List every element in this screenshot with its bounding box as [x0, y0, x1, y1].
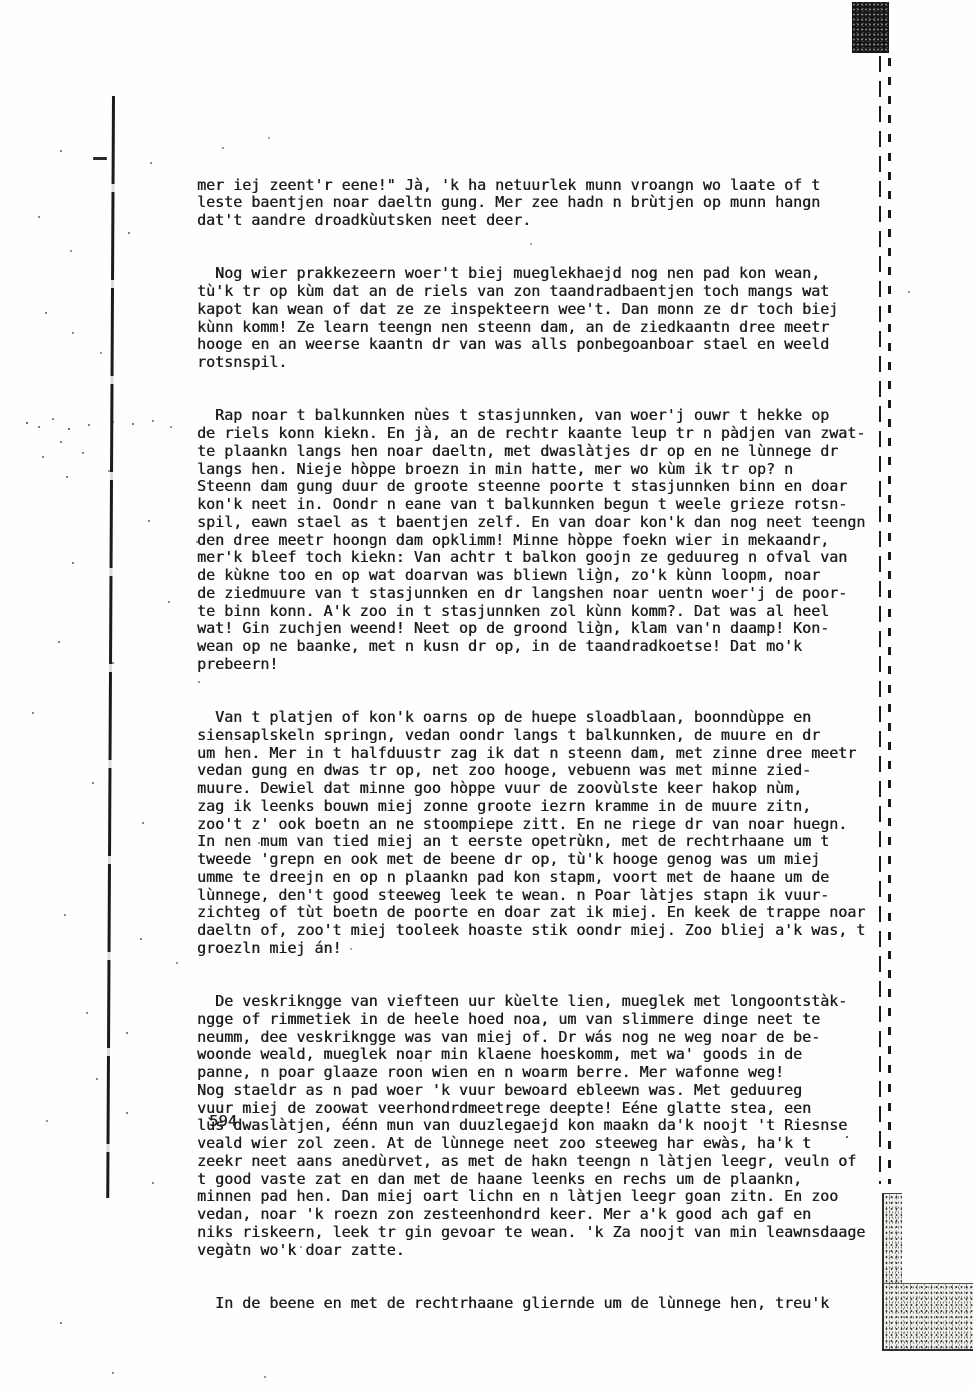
paragraph-3: Rap noar t balkunnken nùes t stasjunnken…: [197, 407, 897, 673]
page-number: 594: [209, 1112, 237, 1130]
left-gutter-line: [106, 96, 114, 1198]
paragraph-4: Van t platjen of kon'k oarns op de huepe…: [197, 709, 897, 958]
scan-noise-speckles: [0, 0, 2, 2]
body-text: mer iej zeent'r eene!" Jà, 'k ha netuurl…: [197, 141, 897, 1330]
paragraph-5: De veskrikngge van viefteen uur kùelte l…: [197, 993, 897, 1259]
margin-dash-mark: [93, 157, 107, 160]
paragraph-2: Nog wier prakkezeern woer't biej mueglek…: [197, 265, 897, 372]
paragraph-1: mer iej zeent'r eene!" Jà, 'k ha netuurl…: [197, 177, 897, 230]
top-right-ink-blot: [852, 2, 889, 53]
scanned-book-page: { "document": { "page_number": "594", "p…: [0, 0, 973, 1391]
paragraph-6: In de beene en met de rechtrhaane gliern…: [197, 1295, 897, 1313]
